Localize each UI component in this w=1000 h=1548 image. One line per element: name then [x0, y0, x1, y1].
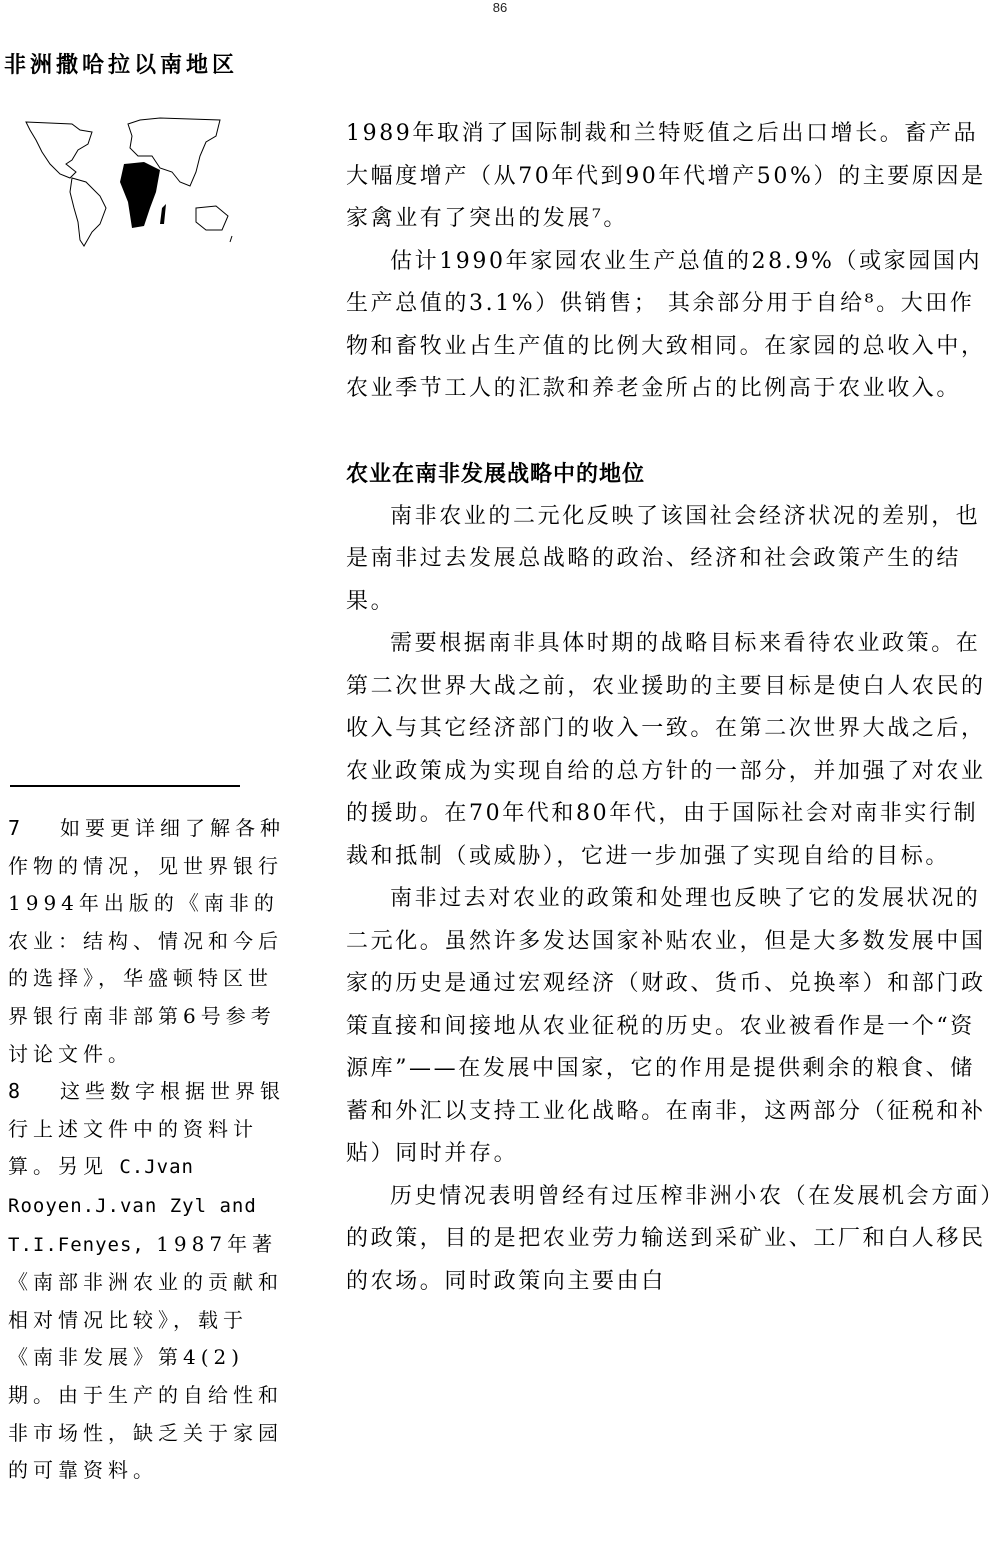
footnote-7: 7如要更详细了解各种作物的情况，见世界银行1994年出版的《南非的农业：结构、情…: [8, 810, 288, 1073]
paragraph-4: 需要根据南非具体时期的战略目标来看待农业政策。在第二次世界大战之前，农业援助的主…: [346, 623, 996, 878]
paragraph-1: 1989年取消了国际制裁和兰特贬值之后出口增长。畜产品大幅度增产（从70年代到9…: [346, 113, 996, 241]
footnote-text: 如要更详细了解各种作物的情况，见世界银行1994年出版的《南非的农业：结构、情况…: [8, 816, 285, 1066]
main-text-column: 1989年取消了国际制裁和兰特贬值之后出口增长。畜产品大幅度增产（从70年代到9…: [346, 113, 996, 1303]
footnote-number: 8: [8, 1073, 60, 1111]
section-header: 非洲撒哈拉以南地区: [4, 48, 238, 79]
footnote-number: 7: [8, 810, 60, 848]
paragraph-6: 历史情况表明曾经有过压榨非洲小农（在发展机会方面）的政策，目的是把农业劳力输送到…: [346, 1176, 996, 1304]
world-map-image: [20, 112, 240, 247]
section-heading: 农业在南非发展战略中的地位: [346, 454, 996, 496]
footnote-8: 8这些数字根据世界银行上述文件中的资料计算。另见 C.Jvan Rooyen.J…: [8, 1073, 288, 1490]
footnote-text-continued: 1987年著《南部非洲农业的贡献和相对情况比较》，载于《南非发展》第4(2)期。…: [8, 1232, 283, 1483]
page-number: 86: [480, 0, 520, 15]
paragraph-5: 南非过去对农业的政策和处理也反映了它的发展状况的二元化。虽然许多发达国家补贴农业…: [346, 878, 996, 1176]
paragraph-3: 南非农业的二元化反映了该国社会经济状况的差别，也是南非过去发展总战略的政治、经济…: [346, 496, 996, 624]
footnotes: 7如要更详细了解各种作物的情况，见世界银行1994年出版的《南非的农业：结构、情…: [8, 810, 288, 1490]
paragraph-2: 估计1990年家园农业生产总值的28.9%（或家园国内生产总值的3.1%）供销售…: [346, 241, 996, 411]
footnote-divider: [10, 785, 240, 788]
